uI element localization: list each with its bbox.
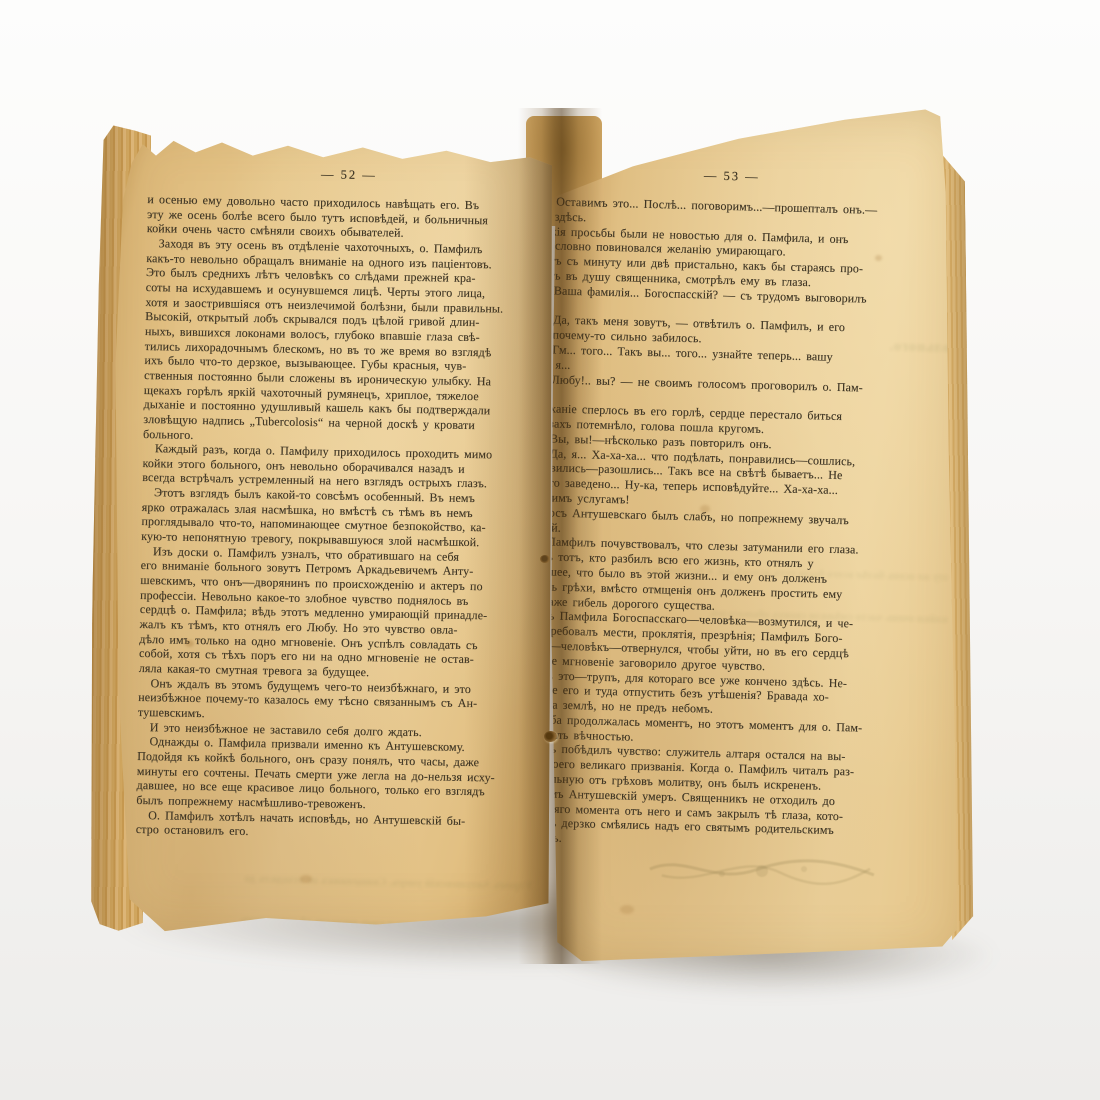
text-line: его вниманіе больного зовутъ Петромъ Арк… <box>141 558 543 580</box>
text-line: стро остановилъ его. <box>136 822 538 844</box>
text-line: шевскимъ, что онъ—дворянинъ по происхожд… <box>140 573 542 595</box>
text-line: Изъ доски о. Памфилъ узналъ, что обратив… <box>141 544 543 566</box>
page-number-52: — 52 — <box>148 164 550 186</box>
end-ornament-flourish <box>643 845 880 895</box>
text-line: профессіи. Невольно какое-то злобное чув… <box>140 588 542 610</box>
ghost-line: Утромъ Антушевскій умеръ. Священникъ не … <box>142 869 532 893</box>
text-line: Высокій, открытый лобъ скрывался подъ цѣ… <box>145 309 547 331</box>
worm-hole <box>540 555 550 563</box>
text-line: Это былъ среднихъ лѣтъ человѣкъ со слѣда… <box>146 265 548 287</box>
text-line: дыханіе и постоянно удушливый кашель как… <box>143 397 545 419</box>
text-line: больного. <box>143 426 545 448</box>
book-photo: — 52 — и осенью ему довольно часто прихо… <box>0 0 1100 1100</box>
text-line: проглядывало что-то, напоминающее смутно… <box>141 514 543 536</box>
text-line: ляла какая-то смутная тревога за будущее… <box>139 661 541 683</box>
text-line: давшее, но все еще красивое лицо больног… <box>136 778 538 800</box>
text-line: сердцѣ о. Памфила; вѣдь этотъ медленно у… <box>140 602 542 624</box>
text-line: дѣло имъ только на одно мгновеніе. Онъ у… <box>139 632 541 654</box>
text-line: Однажды о. Памфила призвали именно къ Ан… <box>137 734 539 756</box>
text-line: хотя и заострившiяся отъ неизлечимой бол… <box>145 295 547 317</box>
text-line: Заходя въ эту осень въ отдѣленіе чахоточ… <box>146 236 548 258</box>
text-line: ныхъ, вившихся локонами волосъ, глубоко … <box>145 324 547 346</box>
text-line: соты на исхудавшемъ и осунувшемся лицѣ. … <box>146 280 548 302</box>
text-line: неизбѣжное почему-то казалось ему тѣсно … <box>138 690 540 712</box>
text-line: ихъ было что-то дерзкое, вызывающее. Губ… <box>144 353 546 375</box>
text-line: какъ-то невольно обращалъ вниманіе на од… <box>146 251 548 273</box>
text-line: кую-то непонятную тревогу, покрывавшуюся… <box>141 529 543 551</box>
text-line: тушевскимъ. <box>138 705 540 727</box>
left-page: — 52 — и осенью ему довольно часто прихо… <box>112 118 552 936</box>
text-line: ярко отражалась злая насмѣшка, но вмѣстѣ… <box>142 500 544 522</box>
text-line: былъ попрежнему насмѣшливо-тревоженъ. <box>136 793 538 815</box>
text-line: койки этого больного, онъ невольно обора… <box>142 456 544 478</box>
text-line: всегда встрѣчалъ устремленный на него вз… <box>142 470 544 492</box>
text-line: Онъ ждалъ въ этомъ будущемъ чего-то неиз… <box>138 676 540 698</box>
worm-hole <box>544 731 557 742</box>
text-line: койки очень часто смѣняли своихъ обывате… <box>147 221 549 243</box>
text-line: Каждый разъ, когда о. Памфилу приходилос… <box>143 441 545 463</box>
text-line: Подойдя къ койкѣ больного, онъ сразу пон… <box>137 749 539 771</box>
text-line: И это неизбѣжное не заставило себя долго… <box>138 720 540 742</box>
text-line: ственныя постоянно были сложены въ ирони… <box>144 368 546 390</box>
text-line: жалъ къ тѣмъ, кто отнялъ его Любу. Но эт… <box>139 617 541 639</box>
right-page-lines: — Оставимъ это... Послѣ... поговоримъ...… <box>522 194 975 856</box>
text-line: зловѣщую надпись „Tubercolosis“ на черно… <box>143 412 545 434</box>
text-line: тились лихорадочнымъ блескомъ, но въ то … <box>145 339 547 361</box>
right-page: — 53 — — Оставимъ это... Послѣ... погово… <box>548 106 972 968</box>
text-line: щекахъ горѣлъ яркій чахоточный румянецъ,… <box>144 382 546 404</box>
left-page-lines: и осенью ему довольно часто приходилось … <box>136 192 550 844</box>
text-line: О. Памфилъ хотѣлъ начать исповѣдь, но Ан… <box>136 807 538 829</box>
right-page-text: — 53 — — Оставимъ это... Послѣ... погово… <box>522 164 976 856</box>
text-line: собой, хотя съ тѣхъ поръ его ни на одно … <box>139 646 541 668</box>
text-line: и осенью ему довольно часто приходилось … <box>147 192 549 214</box>
text-line: Этотъ взглядъ былъ какой-то совсѣмъ особ… <box>142 485 544 507</box>
text-line: эту же осень болѣе всего было тутъ испов… <box>147 207 549 229</box>
left-page-text: — 52 — и осенью ему довольно часто прихо… <box>136 164 550 844</box>
text-line: минуты его сочтены. Печать смерти уже ле… <box>137 763 539 785</box>
